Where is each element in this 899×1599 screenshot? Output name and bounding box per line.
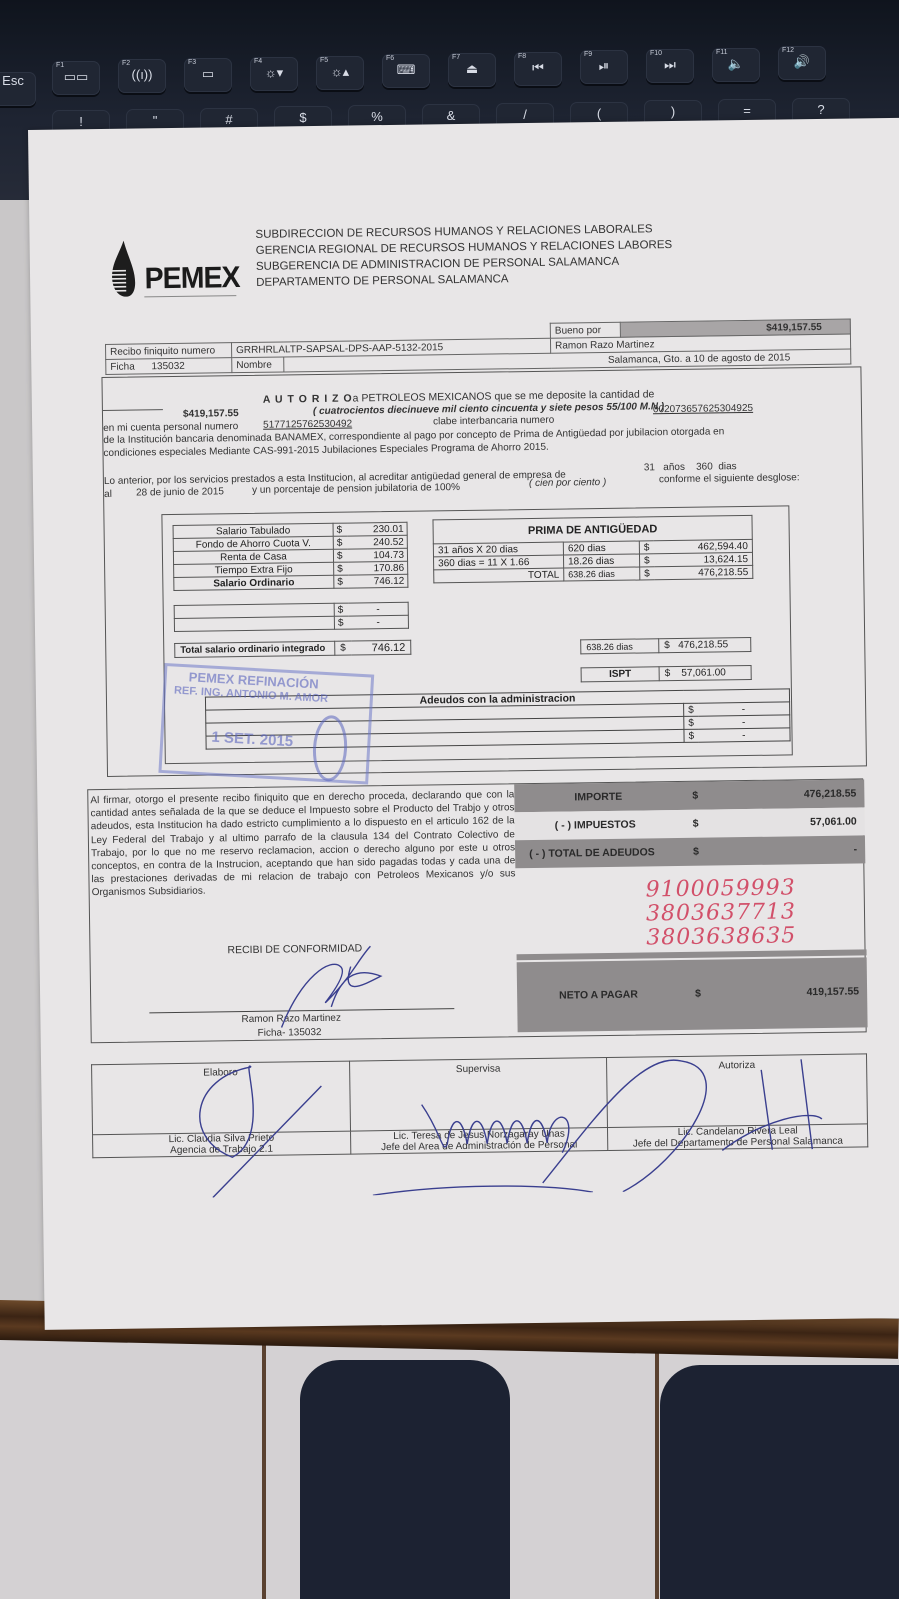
key-glyph: ▭▭ — [52, 69, 100, 85]
salary-currency: $ — [333, 523, 347, 536]
handwritten-number: 9100059993 — [646, 876, 796, 902]
receipt-info-table: Bueno por $419,157.55 Recibo finiquito n… — [105, 319, 852, 375]
ispt-amount: 57,061.00 — [681, 667, 726, 679]
key-symbol: $ — [274, 106, 332, 125]
total-adeudos-label: ( - ) TOTAL DE ADEUDOS — [529, 846, 655, 860]
total-salary-cur: $ — [335, 641, 351, 655]
al-label: al — [104, 489, 112, 500]
ficha-cell: Ficha 135032 — [106, 358, 232, 375]
total-adeudos-value: - — [854, 843, 858, 855]
key-fn-label: F2 — [118, 59, 166, 67]
key-symbol: # — [200, 108, 258, 127]
pension-text: y un porcentaje de pension jubilatoria d… — [252, 482, 460, 496]
function-key: F2((ı)) — [118, 59, 166, 93]
total-salary-value: 746.12 — [351, 640, 411, 655]
prima-amount: 476,218.55 — [654, 565, 753, 579]
ispt-label: ISPT — [581, 667, 659, 682]
salary-extra-table: $-$- — [174, 602, 409, 632]
key-symbol: & — [422, 104, 480, 123]
neto-label: NETO A PAGAR — [559, 989, 638, 1002]
pemex-drop-icon — [108, 241, 137, 299]
antig-days: 360 — [696, 461, 713, 472]
ispt-table: ISPT $ 57,061.00 — [581, 665, 752, 682]
total-adeudos-cur: $ — [693, 846, 699, 858]
key-symbol: ) — [644, 100, 702, 119]
key-glyph: ⏯ — [580, 58, 628, 74]
function-key: F9⏯ — [580, 50, 628, 84]
antiguedad-value: 31 años 360 dias — [644, 461, 737, 473]
key-fn-label: F8 — [514, 52, 562, 60]
summary-amount: 476,218.55 — [678, 639, 728, 651]
function-key: F3▭ — [184, 58, 232, 92]
pemex-logo: PEMEX — [104, 239, 245, 307]
function-key: F1▭▭ — [52, 61, 100, 95]
logo-underline — [144, 295, 236, 297]
function-key: F10⏭ — [646, 49, 694, 83]
salary-currency: $ — [334, 575, 348, 588]
breakdown-section: Salario Tabulado$230.01Fondo de Ahorro C… — [161, 505, 792, 764]
salary-amount: 104.73 — [347, 548, 407, 562]
signature-role: Supervisa — [350, 1058, 607, 1077]
importe-cur: $ — [692, 790, 698, 802]
ficha-label: Ficha — [110, 361, 135, 372]
key-symbol: / — [496, 103, 554, 122]
signatory-title: Jefe del Area de Administración de Perso… — [351, 1139, 608, 1154]
salary-table: Salario Tabulado$230.01Fondo de Ahorro C… — [173, 522, 409, 591]
importe-value: 476,218.55 — [804, 787, 857, 800]
signatory-title: Jefe del Departamento de Personal Salama… — [608, 1135, 867, 1150]
prima-days: 18.26 dias — [563, 554, 639, 568]
cuenta-value: 5177125762530492 — [263, 419, 352, 431]
prima-days: 620 dias — [563, 541, 639, 555]
totals-panel: IMPORTE $ 476,218.55 ( - ) IMPUESTOS $ 5… — [514, 779, 865, 868]
salary-currency: $ — [333, 549, 347, 562]
handwritten-number: 3803637713 — [646, 900, 796, 926]
salary-extra-amount: - — [348, 615, 408, 629]
neto-row: NETO A PAGAR $ 419,157.55 — [517, 957, 868, 1032]
salary-extra-currency: $ — [334, 603, 348, 616]
key-glyph: ▭ — [184, 66, 232, 82]
signature-role-cell: Elaboro — [92, 1061, 351, 1135]
handwritten-number: 3803638635 — [646, 924, 796, 950]
ficha-value: 135032 — [151, 360, 185, 371]
key-glyph: ⌨ — [382, 62, 430, 78]
key-symbol: ! — [52, 110, 110, 129]
impuestos-cur: $ — [693, 818, 699, 830]
adeudo-currency: $ — [684, 703, 698, 716]
key-fn-label: F6 — [382, 54, 430, 62]
antig-years: 31 — [644, 462, 655, 473]
impuestos-value: 57,061.00 — [810, 815, 857, 828]
adeudo-currency: $ — [684, 729, 698, 742]
adeudo-amount: - — [698, 702, 790, 716]
person-leg-right — [660, 1365, 899, 1599]
fecha-corte: 28 de junio de 2015 — [136, 486, 224, 498]
salary-concept: Salario Ordinario — [174, 575, 334, 590]
function-key: F8⏮ — [514, 52, 562, 86]
prima-days: 638.26 dias — [564, 567, 640, 581]
ispt-cur: $ — [665, 668, 671, 679]
desglose-label: conforme el siguiente desglose: — [659, 472, 800, 485]
handwritten-numbers: 9100059993 3803637713 3803638635 — [646, 876, 797, 950]
ispt-amount-cell: $ 57,061.00 — [659, 665, 751, 680]
salary-extra-amount: - — [348, 602, 408, 616]
signatory-title: Agencia de Trabajo 2.1 — [93, 1143, 350, 1158]
salary-amount: 746.12 — [348, 574, 408, 588]
function-key: F6⌨ — [382, 54, 430, 88]
key-glyph: Esc — [0, 73, 36, 88]
key-fn-label: F1 — [52, 61, 100, 69]
salary-currency: $ — [334, 562, 348, 575]
settlement-section: Al firmar, otorgo el presente recibo fin… — [87, 778, 866, 1043]
prima-currency: $ — [640, 567, 654, 580]
adeudo-amount: - — [698, 715, 790, 729]
key-fn-label: F4 — [250, 57, 298, 65]
key-fn-label: F7 — [448, 53, 496, 61]
dias-label: dias — [718, 461, 737, 472]
key-glyph: ☼▴ — [316, 64, 364, 80]
salary-amount: 230.01 — [347, 522, 407, 536]
key-symbol: ( — [570, 102, 628, 121]
recibo-label: Recibo finiquito numero — [106, 343, 232, 360]
key-symbol: " — [126, 109, 184, 128]
prima-antiguedad-table: PRIMA DE ANTIGÜEDAD 31 años X 20 dias620… — [432, 515, 753, 583]
pension-words: ( cien por ciento ) — [529, 477, 606, 489]
function-key: F11🔈 — [712, 48, 760, 82]
salary-amount: 240.52 — [347, 535, 407, 549]
key-glyph: ⏮ — [514, 60, 562, 76]
signature-role: Autoriza — [607, 1054, 866, 1073]
adeudo-amount: - — [698, 728, 790, 742]
chair-leg — [655, 1340, 659, 1599]
prima-summary-table: 638.26 dias $ 476,218.55 — [580, 637, 751, 654]
importe-label: IMPORTE — [574, 791, 622, 804]
salary-extra-row: $- — [174, 615, 408, 631]
summary-cur: $ — [664, 640, 670, 651]
key-symbol: ? — [792, 98, 850, 117]
prima-calc: TOTAL — [434, 568, 564, 583]
person-leg-left — [300, 1360, 510, 1599]
key-glyph: ☼▾ — [250, 65, 298, 81]
official-stamp: PEMEX REFINACIÓN REF. ING. ANTONIO M. AM… — [158, 663, 374, 785]
function-key: F7⏏ — [448, 53, 496, 87]
signature-role-cell: Supervisa — [349, 1058, 608, 1132]
key-glyph: ((ı)) — [118, 67, 166, 82]
cuenta-label: en mi cuenta personal numero — [103, 421, 238, 434]
salary-row: Salario Ordinario$746.12 — [174, 574, 408, 590]
function-key: F4☼▾ — [250, 57, 298, 91]
anos-label: años — [663, 462, 685, 473]
chair-leg — [262, 1340, 266, 1599]
key-glyph: 🔊 — [778, 54, 826, 70]
clabe-label: clabe interbancaria numero — [433, 415, 554, 428]
signature-role: Elaboro — [92, 1062, 349, 1081]
autorizo-word: A U T O R I Z O — [263, 392, 353, 405]
key-glyph: 🔈 — [712, 56, 760, 72]
finiquito-document: PEMEX SUBDIRECCION DE RECURSOS HUMANOS Y… — [28, 118, 899, 1330]
function-key: F5☼▴ — [316, 56, 364, 90]
signatory-cell: Lic. Candelano Rivera LealJefe del Depar… — [608, 1124, 868, 1151]
key-glyph: ⏏ — [448, 61, 496, 77]
function-key: F12🔊 — [778, 46, 826, 80]
key-glyph: ⏭ — [646, 57, 694, 73]
total-salary-label: Total salario ordinario integrado — [175, 641, 335, 657]
key-symbol: = — [718, 99, 776, 118]
salary-amount: 170.86 — [348, 561, 408, 575]
prima-currency: $ — [639, 554, 653, 567]
key-fn-label: F11 — [712, 48, 760, 56]
conformity-ficha: Ficha- 135032 — [258, 1027, 322, 1039]
key-fn-label: F9 — [580, 50, 628, 58]
key-fn-label: F3 — [184, 58, 232, 66]
approval-signatures: ElaboroSupervisaAutoriza Lic. Claudia Si… — [91, 1053, 868, 1158]
stamp-date: 1 SET. 2015 — [211, 729, 294, 751]
pemex-wordmark: PEMEX — [144, 261, 239, 296]
key-fn-label: F5 — [316, 56, 364, 64]
prima-currency: $ — [639, 541, 653, 554]
summary-amount-cell: $ 476,218.55 — [659, 637, 751, 652]
neto-cur: $ — [695, 988, 701, 1000]
nombre-label: Nombre — [232, 357, 284, 373]
signatory-cell: Lic. Claudia Silva PrietoAgencia de Trab… — [93, 1131, 351, 1158]
esc-key: Esc — [0, 72, 36, 106]
clabe-value: 002073657625304925 — [653, 403, 753, 415]
deposit-amount: $419,157.55 — [183, 408, 239, 420]
blank-line — [103, 409, 163, 411]
salary-extra-currency: $ — [334, 616, 348, 629]
total-salary-table: Total salario ordinario integrado $ 746.… — [174, 640, 411, 658]
key-fn-label: F10 — [646, 49, 694, 57]
conformity-name: Ramon Razo Martinez — [241, 1013, 341, 1025]
total-adeudos-row: ( - ) TOTAL DE ADEUDOS $ - — [515, 835, 865, 868]
salary-extra-concept — [174, 616, 334, 631]
summary-days: 638.26 dias — [581, 639, 659, 654]
key-symbol: % — [348, 105, 406, 124]
document-header: SUBDIRECCION DE RECURSOS HUMANOS Y RELAC… — [255, 221, 672, 291]
signatory-cell: Lic. Teresa de Jesus Norzagaray UnasJefe… — [350, 1128, 608, 1155]
impuestos-label: ( - ) IMPUESTOS — [555, 819, 636, 832]
neto-value: 419,157.55 — [806, 985, 859, 998]
salary-currency: $ — [333, 536, 347, 549]
bueno-por-label: Bueno por — [550, 322, 620, 338]
adeudo-currency: $ — [684, 716, 698, 729]
conformity-title: RECIBI DE CONFORMIDAD — [227, 942, 362, 956]
signature-role-cell: Autoriza — [607, 1054, 868, 1128]
declaration-text: Al firmar, otorgo el presente recibo fin… — [90, 788, 515, 900]
stamp-circle-icon — [311, 714, 349, 782]
